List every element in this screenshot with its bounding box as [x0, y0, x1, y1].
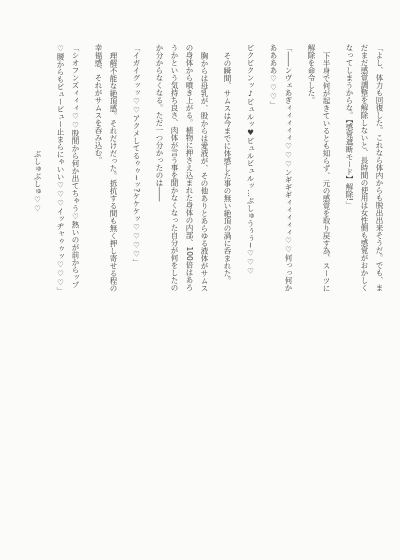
vertical-text-block: 「よし、体力も回復した。これなら体内からも脱出出来そうだ。でも、まだまだ感覚調整…: [11, 44, 387, 294]
paragraph-1: 「よし、体力も回復した。これなら体内からも脱出出来そうだ。でも、まだまだ感覚調整…: [342, 44, 387, 294]
paragraph-5: その瞬間、サムスは今までに体感した事の無い絶頂の渦に呑まれた。: [220, 44, 235, 294]
paragraph-8: 理解不能な絶頂感。それだけだった。抵抗する間も無く押し寄せる程の幸福感、それがサ…: [91, 44, 121, 294]
novel-page: 「よし、体力も回復した。これなら体内からも脱出出来そうだ。でも、まだまだ感覚調整…: [0, 0, 400, 560]
paragraph-4: ビクビクンッ♪ビュルッ♥ビュルビュルッ…ぷしゅうぅぅ~♡♡♡: [243, 44, 258, 294]
paragraph-6: 胸からは母乳が、股からは愛液が、その他ありとあらゆる液体がサムスの身体から噴き上…: [152, 44, 212, 294]
paragraph-2: 下半身で何が起きているとも知らず、元の感覚を取り戻す為、スーツに解除を命令した。: [304, 44, 334, 294]
paragraph-3: 「――ンヴェあぎィィィィィ♡♡♡ンギギギィィィィィ♡♡何っっ何かああああ♡♡♡」: [266, 44, 296, 294]
paragraph-7: 「イガイグッッ♡♡アクメしてるゥゥ~ッ?ケケケッ♡♡♡♡」: [129, 44, 144, 294]
paragraph-10: ぶしゅぶしゅ♡♡: [30, 44, 45, 294]
paragraph-9: 「シオフンズィィィ♡♡股間から何か出てちゃう♡熱いのが前からップ♡腰からもビュー…: [53, 44, 83, 294]
